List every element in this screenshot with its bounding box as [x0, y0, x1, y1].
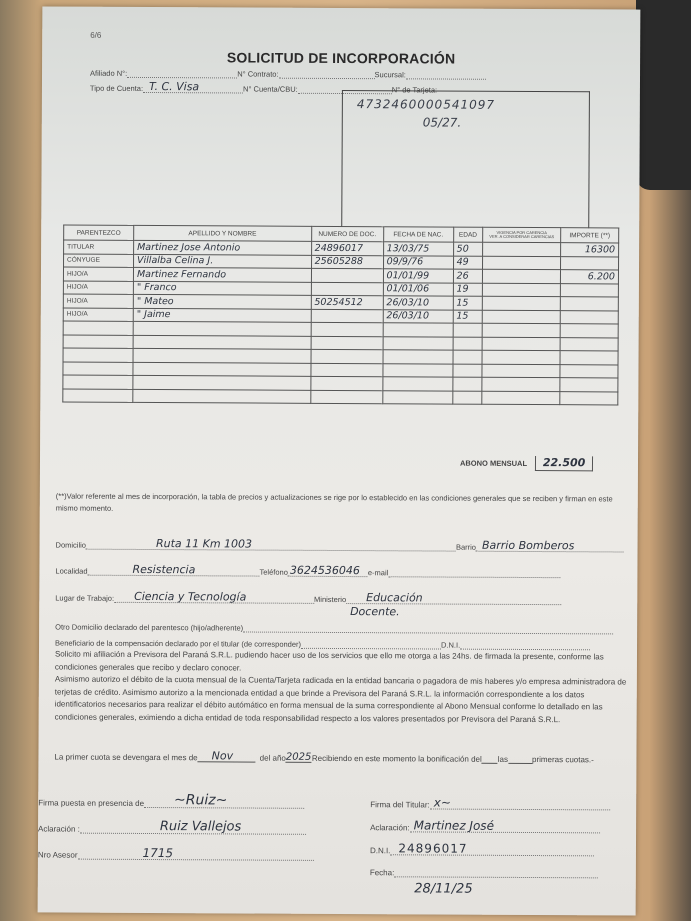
cell-nombre[interactable]: [133, 389, 311, 403]
background-device: [636, 0, 691, 190]
cell-edad[interactable]: [453, 323, 482, 337]
firma-titular-field[interactable]: x~: [430, 798, 610, 810]
trabajo-label: Lugar de Trabajo:: [55, 594, 114, 603]
tipo-cuenta-field[interactable]: T. C. Visa: [143, 82, 243, 94]
form-sheet: 6/6 SOLICITUD DE INCORPORACIÓN Afiliado …: [38, 6, 641, 915]
cell-edad[interactable]: [452, 391, 481, 405]
trabajo-row: Lugar de Trabajo: Ciencia y Tecnología M…: [55, 592, 561, 606]
beneficiario-label: Beneficiario de la compensación declarad…: [55, 639, 301, 649]
cell-parentesco: TITULAR: [64, 240, 134, 254]
cell-fecha[interactable]: 09/9/76: [383, 255, 453, 269]
cell-edad[interactable]: 49: [453, 256, 482, 270]
cell-vigencia[interactable]: [483, 242, 561, 256]
cell-importe[interactable]: [560, 324, 618, 338]
cell-nombre[interactable]: " Franco: [133, 281, 311, 295]
cell-edad[interactable]: [453, 350, 482, 364]
fecha-field[interactable]: 28/11/25: [394, 866, 598, 878]
cell-importe[interactable]: [560, 364, 618, 378]
cell-nombre[interactable]: [133, 375, 311, 389]
card-expiry: 05/27.: [423, 115, 461, 129]
otro-domicilio-field[interactable]: [243, 622, 613, 635]
aclaracion-left-row: Aclaración : Ruiz Vallejos: [38, 822, 306, 834]
legal-paragraph-1: Solicito mi afiliación a Previsora del P…: [55, 649, 633, 677]
cell-fecha[interactable]: [382, 377, 452, 391]
contrato-label: N° Contrato:: [237, 69, 278, 78]
dni-titular-field[interactable]: 24896017: [390, 844, 594, 856]
col-edad: EDAD: [453, 227, 483, 242]
cell-doc[interactable]: [311, 336, 383, 350]
las-label: las: [498, 755, 508, 764]
cuota-mes-field[interactable]: Nov: [198, 751, 256, 762]
cell-fecha[interactable]: 01/01/99: [383, 269, 453, 283]
col-nombre: APELLIDO Y NOMBRE: [134, 225, 312, 241]
abono-mensual: ABONO MENSUAL 22.500: [460, 456, 593, 472]
cell-parentesco: HIJO/A: [63, 308, 133, 322]
anio-field[interactable]: 2025: [286, 752, 312, 763]
cell-fecha[interactable]: [383, 323, 453, 337]
cell-importe[interactable]: 16300: [561, 243, 619, 257]
page-indicator: 6/6: [90, 31, 101, 40]
cell-vigencia[interactable]: [482, 377, 560, 391]
cell-parentesco: [63, 375, 133, 389]
cell-importe[interactable]: [560, 310, 618, 324]
cell-importe[interactable]: [560, 391, 618, 405]
cell-vigencia[interactable]: [483, 256, 561, 270]
cell-nombre[interactable]: " Jaime: [133, 308, 311, 322]
cell-nombre[interactable]: " Mateo: [133, 294, 311, 308]
cell-edad[interactable]: 15: [453, 310, 482, 324]
cell-vigencia[interactable]: [482, 296, 560, 310]
domicilio-field[interactable]: Ruta 11 Km 1003: [86, 539, 456, 552]
trabajo-field[interactable]: Ciencia y Tecnología: [114, 592, 314, 604]
cell-doc[interactable]: [311, 349, 383, 363]
table-row: [63, 389, 618, 405]
aclaracion-right-label: Aclaración:: [370, 823, 410, 832]
cell-doc[interactable]: 25605288: [311, 255, 383, 269]
email-field[interactable]: [388, 566, 560, 578]
dni-titular-row: D.N.I. 24896017: [370, 844, 595, 856]
family-table: PARENTEZCO APELLIDO Y NOMBRE NUMERO DE D…: [62, 225, 619, 406]
cell-edad[interactable]: [453, 364, 482, 378]
cell-fecha[interactable]: [383, 336, 453, 350]
bonificacion-label: Recibiendo en este momento la bonificaci…: [312, 754, 482, 764]
cell-fecha[interactable]: 13/03/75: [383, 242, 453, 256]
cell-nombre[interactable]: [133, 321, 311, 335]
fecha-label: Fecha:: [370, 868, 395, 877]
cell-fecha[interactable]: [382, 390, 452, 404]
cell-parentesco: HIJO/A: [63, 281, 133, 295]
cell-fecha[interactable]: [383, 350, 453, 364]
barrio-field[interactable]: Barrio Bomberos: [476, 541, 624, 553]
cell-importe[interactable]: 6.200: [561, 270, 619, 284]
abono-value[interactable]: 22.500: [535, 456, 593, 471]
cuota-prefix: La primer cuota se devengara el mes de: [54, 753, 197, 763]
presencia-row: Firma puesta en presencia de ~Ruiz~: [38, 796, 304, 808]
form-title: SOLICITUD DE INCORPORACIÓN: [42, 48, 640, 67]
telefono-field[interactable]: 3624536046: [288, 566, 368, 577]
bonificacion-field[interactable]: [482, 753, 498, 764]
cell-doc[interactable]: [311, 282, 383, 296]
col-vigencia: VIGENCIA POR CARENCIAVER. A CONSIDERAR C…: [483, 227, 561, 242]
otro-domicilio-label: Otro Domicilio declarado del parentesco …: [55, 623, 243, 633]
abono-label: ABONO MENSUAL: [460, 459, 527, 468]
cell-edad[interactable]: 19: [453, 283, 482, 297]
cell-importe[interactable]: [560, 297, 618, 311]
cell-vigencia[interactable]: [482, 391, 560, 405]
afiliado-label: Afiliado N°:: [90, 69, 127, 78]
firma-titular-label: Firma del Titular:: [370, 800, 430, 809]
cell-edad[interactable]: 26: [453, 269, 482, 283]
cell-importe[interactable]: [560, 378, 618, 392]
cell-parentesco: [63, 335, 133, 349]
dni-beneficiario-label: D.N.I.: [441, 641, 460, 650]
ministerio-field[interactable]: EducaciónDocente.: [346, 593, 561, 605]
sucursal-label: Sucursal:: [375, 70, 406, 79]
cell-importe[interactable]: [560, 351, 618, 365]
beneficiario-field[interactable]: [301, 638, 441, 650]
cuota-suffix: primeras cuotas.-: [532, 755, 594, 764]
aclaracion-left-label: Aclaración :: [38, 824, 80, 833]
dni-titular-label: D.N.I.: [370, 846, 390, 855]
asesor-label: Nro Asesor: [38, 850, 78, 859]
cell-parentesco: [63, 389, 133, 403]
cell-edad[interactable]: [452, 377, 481, 391]
price-note: (**)Valor referente al mes de incorporac…: [56, 491, 626, 518]
cell-nombre[interactable]: Martinez Fernando: [133, 267, 311, 281]
asesor-row: Nro Asesor 1715: [38, 848, 314, 860]
cell-fecha[interactable]: 01/01/06: [383, 282, 453, 296]
cell-parentesco: HIJO/A: [63, 267, 133, 281]
cell-parentesco: [63, 348, 133, 362]
asesor-field[interactable]: 1715: [77, 849, 313, 861]
cell-doc[interactable]: [310, 390, 382, 404]
ministerio-label: Ministerio: [314, 595, 346, 604]
cell-fecha[interactable]: [383, 363, 453, 377]
telefono-label: Teléfono: [260, 568, 288, 577]
legal-paragraph-2: Asimismo autorizo el débito de la cuota …: [55, 674, 633, 727]
localidad-row: Localidad Resistencia Teléfono 362453604…: [55, 565, 560, 579]
cuenta-cbu-label: N° Cuenta/CBU:: [243, 84, 298, 93]
cell-fecha[interactable]: 26/03/10: [383, 296, 453, 310]
cell-importe[interactable]: [560, 337, 618, 351]
cell-edad[interactable]: [453, 337, 482, 351]
tipo-cuenta-label: Tipo de Cuenta:: [90, 84, 143, 93]
cell-doc[interactable]: [310, 363, 382, 377]
cell-doc[interactable]: [311, 322, 383, 336]
header-line-1: Afiliado N°: N° Contrato: Sucursal:: [90, 67, 486, 80]
cell-doc[interactable]: [310, 376, 382, 390]
cell-vigencia[interactable]: [482, 337, 560, 351]
presencia-label: Firma puesta en presencia de: [38, 798, 144, 808]
las-field[interactable]: [508, 753, 532, 764]
cell-parentesco: [63, 321, 133, 335]
anio-label: del año: [260, 754, 286, 763]
afiliado-field[interactable]: [127, 67, 237, 79]
domicilio-row: Domicilio Ruta 11 Km 1003 Barrio Barrio …: [56, 539, 624, 553]
cell-doc[interactable]: 50254512: [311, 295, 383, 309]
cell-importe[interactable]: [561, 256, 619, 270]
presencia-signature-field[interactable]: ~Ruiz~: [144, 797, 304, 809]
cell-vigencia[interactable]: [482, 323, 560, 337]
cell-nombre[interactable]: Martinez Jose Antonio: [134, 240, 312, 254]
col-fecha: FECHA DE NAC.: [383, 227, 453, 242]
cell-vigencia[interactable]: [482, 350, 560, 364]
cell-vigencia[interactable]: [482, 269, 560, 283]
cell-nombre[interactable]: Villalba Celina J.: [134, 254, 312, 268]
cell-vigencia[interactable]: [482, 283, 560, 297]
col-doc: NUMERO DE DOC.: [311, 226, 383, 241]
cell-doc[interactable]: [311, 309, 383, 323]
cell-nombre[interactable]: [133, 362, 311, 376]
cell-parentesco: CÓNYUGE: [64, 254, 134, 268]
cell-parentesco: [63, 362, 133, 376]
aclaracion-right-field[interactable]: Martinez José: [410, 821, 600, 833]
cell-edad[interactable]: 50: [453, 242, 482, 256]
cell-doc[interactable]: [311, 268, 383, 282]
dni-beneficiario-field[interactable]: [460, 639, 590, 651]
cell-vigencia[interactable]: [482, 364, 560, 378]
cell-vigencia[interactable]: [482, 310, 560, 324]
col-parentesco: PARENTEZCO: [64, 225, 134, 240]
card-number-box[interactable]: 4732460000541097 05/27.: [341, 90, 590, 228]
cell-nombre[interactable]: [133, 335, 311, 349]
barrio-label: Barrio: [456, 543, 476, 552]
contrato-field[interactable]: [279, 68, 375, 80]
cuota-row: La primer cuota se devengara el mes de N…: [54, 751, 593, 765]
email-label: e-mail: [368, 568, 388, 577]
cell-parentesco: HIJO/A: [63, 294, 133, 308]
col-importe: IMPORTE (**): [561, 228, 619, 243]
otro-domicilio-row: Otro Domicilio declarado del parentesco …: [55, 621, 613, 635]
fecha-row: Fecha: 28/11/25: [370, 866, 599, 878]
cell-nombre[interactable]: [133, 348, 311, 362]
cell-importe[interactable]: [560, 283, 618, 297]
card-number: 4732460000541097: [357, 97, 495, 112]
localidad-field[interactable]: Resistencia: [88, 565, 260, 577]
aclaracion-right-row: Aclaración: Martinez José: [370, 821, 600, 833]
cell-edad[interactable]: 15: [453, 296, 482, 310]
aclaracion-left-field[interactable]: Ruiz Vallejos: [80, 823, 306, 835]
localidad-label: Localidad: [55, 567, 87, 576]
firma-titular-row: Firma del Titular: x~: [370, 798, 610, 810]
sucursal-field[interactable]: [406, 68, 486, 79]
legal-text: Solicito mi afiliación a Previsora del P…: [55, 649, 633, 727]
cell-doc[interactable]: 24896017: [311, 241, 383, 255]
domicilio-label: Domicilio: [56, 541, 86, 550]
cell-fecha[interactable]: 26/03/10: [383, 309, 453, 323]
